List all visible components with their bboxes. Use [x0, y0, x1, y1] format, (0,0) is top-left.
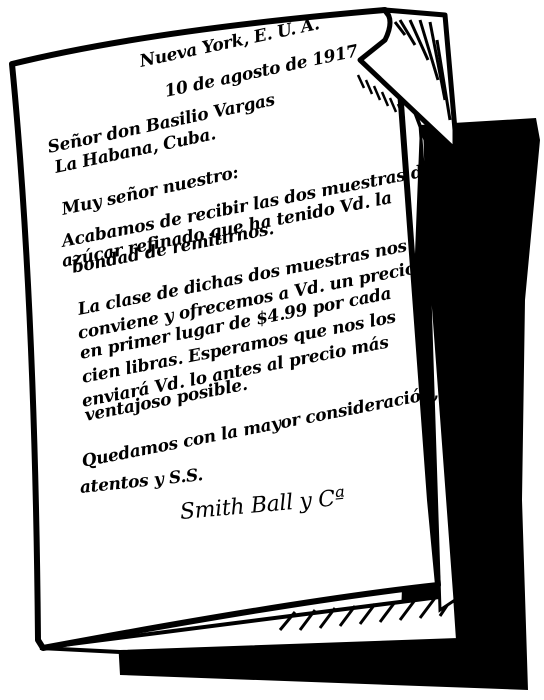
- letter-illustration: Nueva York, E. U. A. 10 de agosto de 191…: [0, 0, 544, 700]
